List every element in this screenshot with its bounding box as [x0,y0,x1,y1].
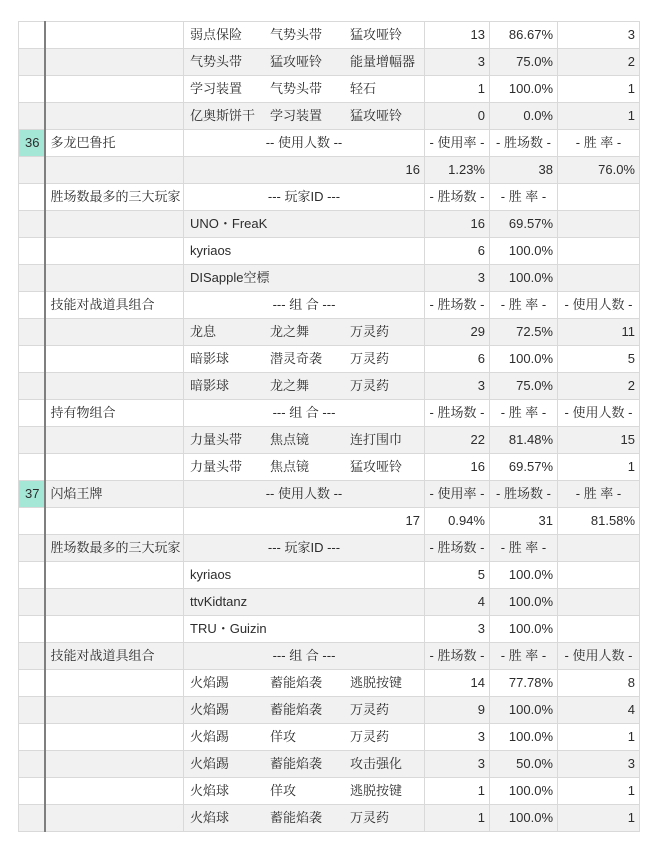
stat-value-cell[interactable]: 1 [558,103,640,130]
stat-value-cell[interactable]: 16 [425,454,490,481]
table-row: 火焰球蓄能焰袭万灵药1100.0%1 [19,805,640,832]
column-header-cell[interactable]: --- 组 合 --- [184,400,425,427]
table-row: 火焰球佯攻逃脱按键1100.0%1 [19,778,640,805]
table-row: 36多龙巴鲁托-- 使用人数 --- 使用率 -- 胜场数 -- 胜 率 - [19,130,640,157]
empty-cell[interactable] [45,346,184,373]
combo-cell[interactable]: 弱点保险气势头带猛攻哑铃 [184,22,425,49]
stat-value-cell[interactable]: 4 [558,697,640,724]
table-row: 技能对战道具组合--- 组 合 ---- 胜场数 -- 胜 率 -- 使用人数 … [19,292,640,319]
combo-item: 万灵药 [344,724,424,750]
spreadsheet-view: { "table": { "colors": { "row_highlight"… [0,0,660,854]
row-number-cell[interactable] [19,184,45,211]
stat-header-cell[interactable]: - 胜 率 - [490,535,558,562]
row-number-cell[interactable] [19,319,45,346]
stat-header-cell[interactable]: - 胜场数 - [425,400,490,427]
stat-header-cell[interactable]: - 使用人数 - [558,292,640,319]
stat-value-cell[interactable]: 1.23% [425,157,490,184]
row-number-cell[interactable] [19,211,45,238]
table-row: 火焰踢蓄能焰袭攻击强化350.0%3 [19,751,640,778]
stat-value-cell[interactable]: 100.0% [490,346,558,373]
stat-value-cell[interactable]: 6 [425,238,490,265]
combo-item: 蓄能焰袭 [264,751,344,777]
stat-value-cell[interactable]: 100.0% [490,238,558,265]
table-row: kyriaos6100.0% [19,238,640,265]
stat-value-cell[interactable]: 1 [558,778,640,805]
table-row: 力量头带焦点镜猛攻哑铃1669.57%1 [19,454,640,481]
combo-item: 轻石 [344,76,424,102]
stat-value-cell[interactable]: 5 [425,562,490,589]
stat-header-cell[interactable]: - 胜 率 - [490,184,558,211]
table-row: 胜场数最多的三大玩家--- 玩家ID ---- 胜场数 -- 胜 率 - [19,184,640,211]
stat-header-cell[interactable]: - 胜场数 - [490,130,558,157]
combo-item: 逃脱按键 [344,778,424,804]
player-id-cell[interactable]: TRU・Guizin [184,616,425,643]
combo-item: 弱点保险 [184,22,264,48]
stat-header-cell[interactable]: - 胜场数 - [425,184,490,211]
stat-value-cell[interactable]: 3 [425,49,490,76]
table-row: 技能对战道具组合--- 组 合 ---- 胜场数 -- 胜 率 -- 使用人数 … [19,643,640,670]
combo-item: 万灵药 [344,319,424,345]
table-row: DISapple空標3100.0% [19,265,640,292]
combo-item: 火焰球 [184,805,264,831]
stat-value-cell[interactable]: 75.0% [490,373,558,400]
stat-value-cell[interactable]: 100.0% [490,76,558,103]
combo-item: 蓄能焰袭 [264,670,344,696]
stat-value-cell[interactable]: 1 [558,724,640,751]
row-number-cell[interactable] [19,535,45,562]
empty-cell[interactable] [45,751,184,778]
combo-item: 龙之舞 [264,319,344,345]
combo-cell[interactable]: 火焰踢蓄能焰袭万灵药 [184,697,425,724]
row-number-cell[interactable] [19,643,45,670]
section-label-cell[interactable]: 技能对战道具组合 [45,643,184,670]
row-number-cell[interactable]: 36 [19,130,45,157]
table-row: 170.94%3181.58% [19,508,640,535]
row-number-cell[interactable] [19,103,45,130]
empty-cell[interactable] [45,319,184,346]
section-label-cell[interactable]: 胜场数最多的三大玩家 [45,184,184,211]
empty-cell[interactable] [558,211,640,238]
combo-item: 暗影球 [184,346,264,372]
row-number-cell[interactable] [19,400,45,427]
stat-value-cell[interactable]: 69.57% [490,454,558,481]
empty-cell[interactable] [45,157,184,184]
stat-value-cell[interactable]: 3 [425,616,490,643]
table-row: 力量头带焦点镜连打围巾2281.48%15 [19,427,640,454]
empty-cell[interactable] [45,805,184,832]
empty-cell[interactable] [558,616,640,643]
stat-value-cell[interactable]: 1 [558,76,640,103]
empty-cell[interactable] [558,562,640,589]
combo-item: 焦点镜 [264,454,344,480]
section-label-cell[interactable]: 闪焰王牌 [45,481,184,508]
combo-item: 万灵药 [344,346,424,372]
combo-item: 暗影球 [184,373,264,399]
combo-item: 猛攻哑铃 [344,22,424,48]
row-number-cell[interactable] [19,508,45,535]
stat-header-cell[interactable]: - 胜场数 - [425,535,490,562]
player-id-cell[interactable]: UNO・FreaK [184,211,425,238]
table-row: 持有物组合--- 组 合 ---- 胜场数 -- 胜 率 -- 使用人数 - [19,400,640,427]
stat-header-cell[interactable] [558,535,640,562]
combo-item: 力量头带 [184,454,264,480]
combo-item: 蓄能焰袭 [264,697,344,723]
row-number-cell[interactable] [19,346,45,373]
empty-cell[interactable] [45,670,184,697]
combo-item: 学习装置 [184,76,264,102]
empty-cell[interactable] [45,724,184,751]
row-number-cell[interactable] [19,292,45,319]
stat-header-cell[interactable]: - 胜 率 - [558,481,640,508]
combo-item: 猛攻哑铃 [344,103,424,129]
table-row: kyriaos5100.0% [19,562,640,589]
stat-value-cell[interactable]: 77.78% [490,670,558,697]
empty-cell[interactable] [45,508,184,535]
combo-item: 火焰踢 [184,670,264,696]
stat-value-cell[interactable]: 0.94% [425,508,490,535]
stat-value-cell[interactable]: 13 [425,22,490,49]
column-header-cell[interactable]: --- 组 合 --- [184,643,425,670]
stat-value-cell[interactable]: 86.67% [490,22,558,49]
combo-cell[interactable]: 力量头带焦点镜猛攻哑铃 [184,454,425,481]
stat-value-cell[interactable]: 100.0% [490,265,558,292]
table-row: 火焰踢蓄能焰袭逃脱按键1477.78%8 [19,670,640,697]
combo-cell[interactable]: 暗影球潜灵奇袭万灵药 [184,346,425,373]
stat-value-cell[interactable]: 0.0% [490,103,558,130]
row-number-cell[interactable] [19,670,45,697]
stat-value-cell[interactable]: 100.0% [490,805,558,832]
section-label-cell[interactable]: 多龙巴鲁托 [45,130,184,157]
row-number-cell[interactable] [19,697,45,724]
usage-count-cell[interactable]: 16 [184,157,425,184]
empty-cell[interactable] [45,49,184,76]
empty-cell[interactable] [45,211,184,238]
combo-item: 逃脱按键 [344,670,424,696]
combo-item: 佯攻 [264,724,344,750]
combo-item: 焦点镜 [264,427,344,453]
stat-header-cell[interactable]: - 胜 率 - [490,292,558,319]
stat-header-cell[interactable]: - 胜 率 - [490,643,558,670]
empty-cell[interactable] [45,103,184,130]
combo-item: 气势头带 [184,49,264,75]
stats-table: 弱点保险气势头带猛攻哑铃1386.67%3气势头带猛攻哑铃能量增幅器375.0%… [18,21,640,832]
row-number-cell[interactable] [19,724,45,751]
table-row: UNO・FreaK1669.57% [19,211,640,238]
table-row: 火焰踢蓄能焰袭万灵药9100.0%4 [19,697,640,724]
empty-cell[interactable] [45,373,184,400]
stat-value-cell[interactable]: 5 [558,346,640,373]
combo-item: 万灵药 [344,805,424,831]
stat-value-cell[interactable]: 2 [558,49,640,76]
combo-item: 气势头带 [264,76,344,102]
section-label-cell[interactable]: 持有物组合 [45,400,184,427]
combo-cell[interactable]: 火焰踢佯攻万灵药 [184,724,425,751]
combo-cell[interactable]: 龙息龙之舞万灵药 [184,319,425,346]
player-id-cell[interactable]: kyriaos [184,238,425,265]
empty-cell[interactable] [558,589,640,616]
section-label-cell[interactable]: 胜场数最多的三大玩家 [45,535,184,562]
stat-value-cell[interactable]: 2 [558,373,640,400]
table-row: 161.23%3876.0% [19,157,640,184]
row-number-cell[interactable] [19,454,45,481]
empty-cell[interactable] [45,76,184,103]
stats-spreadsheet: 弱点保险气势头带猛攻哑铃1386.67%3气势头带猛攻哑铃能量增幅器375.0%… [18,21,640,832]
stat-value-cell[interactable]: 72.5% [490,319,558,346]
stat-value-cell[interactable]: 76.0% [558,157,640,184]
stat-value-cell[interactable]: 1 [425,805,490,832]
row-number-cell[interactable] [19,76,45,103]
stat-header-cell[interactable]: - 胜场数 - [490,481,558,508]
stat-value-cell[interactable]: 15 [558,427,640,454]
combo-cell[interactable]: 暗影球龙之舞万灵药 [184,373,425,400]
row-number-cell[interactable] [19,157,45,184]
stat-header-cell[interactable]: - 使用人数 - [558,400,640,427]
stat-value-cell[interactable]: 81.48% [490,427,558,454]
stat-value-cell[interactable]: 11 [558,319,640,346]
combo-cell[interactable]: 亿奥斯饼干学习装置猛攻哑铃 [184,103,425,130]
table-row: TRU・Guizin3100.0% [19,616,640,643]
table-row: 37闪焰王牌-- 使用人数 --- 使用率 -- 胜场数 -- 胜 率 - [19,481,640,508]
row-number-cell[interactable] [19,238,45,265]
combo-item: 火焰踢 [184,751,264,777]
column-header-cell[interactable]: -- 使用人数 -- [184,130,425,157]
stat-header-cell[interactable]: - 使用人数 - [558,643,640,670]
stat-header-cell[interactable] [558,184,640,211]
empty-cell[interactable] [45,562,184,589]
stat-value-cell[interactable]: 3 [425,724,490,751]
stat-value-cell[interactable]: 1 [425,778,490,805]
table-row: 气势头带猛攻哑铃能量增幅器375.0%2 [19,49,640,76]
stat-value-cell[interactable]: 3 [558,22,640,49]
stat-value-cell[interactable]: 100.0% [490,778,558,805]
stat-value-cell[interactable]: 22 [425,427,490,454]
stat-header-cell[interactable]: - 胜 率 - [490,400,558,427]
stat-header-cell[interactable]: - 使用率 - [425,481,490,508]
column-header-cell[interactable]: -- 使用人数 -- [184,481,425,508]
row-number-cell[interactable] [19,751,45,778]
combo-item: 学习装置 [264,103,344,129]
stat-value-cell[interactable]: 81.58% [558,508,640,535]
combo-item: 火焰踢 [184,724,264,750]
stat-value-cell[interactable]: 0 [425,103,490,130]
table-row: 暗影球龙之舞万灵药375.0%2 [19,373,640,400]
empty-cell[interactable] [558,238,640,265]
stat-value-cell[interactable]: 100.0% [490,697,558,724]
stat-value-cell[interactable]: 29 [425,319,490,346]
combo-item: 火焰踢 [184,697,264,723]
stat-value-cell[interactable]: 4 [425,589,490,616]
table-row: 胜场数最多的三大玩家--- 玩家ID ---- 胜场数 -- 胜 率 - [19,535,640,562]
stat-value-cell[interactable]: 75.0% [490,49,558,76]
stat-value-cell[interactable]: 9 [425,697,490,724]
empty-cell[interactable] [45,454,184,481]
combo-item: 万灵药 [344,697,424,723]
row-number-cell[interactable] [19,265,45,292]
table-row: 火焰踢佯攻万灵药3100.0%1 [19,724,640,751]
stat-value-cell[interactable]: 50.0% [490,751,558,778]
column-header-cell[interactable]: --- 玩家ID --- [184,535,425,562]
empty-cell[interactable] [45,697,184,724]
section-label-cell[interactable]: 技能对战道具组合 [45,292,184,319]
player-id-cell[interactable]: DISapple空標 [184,265,425,292]
stat-value-cell[interactable]: 69.57% [490,211,558,238]
player-id-cell[interactable]: ttvKidtanz [184,589,425,616]
stat-value-cell[interactable]: 14 [425,670,490,697]
player-id-cell[interactable]: kyriaos [184,562,425,589]
combo-item: 连打围巾 [344,427,424,453]
stat-value-cell[interactable]: 100.0% [490,616,558,643]
row-number-cell[interactable] [19,562,45,589]
empty-cell[interactable] [45,778,184,805]
combo-cell[interactable]: 火焰踢蓄能焰袭攻击强化 [184,751,425,778]
empty-cell[interactable] [45,616,184,643]
stat-value-cell[interactable]: 100.0% [490,562,558,589]
combo-item: 万灵药 [344,373,424,399]
stat-header-cell[interactable]: - 胜 率 - [558,130,640,157]
table-row: ttvKidtanz4100.0% [19,589,640,616]
combo-item: 亿奥斯饼干 [184,103,264,129]
row-number-cell[interactable] [19,589,45,616]
combo-item: 能量增幅器 [344,49,424,75]
combo-item: 力量头带 [184,427,264,453]
combo-cell[interactable]: 学习装置气势头带轻石 [184,76,425,103]
table-row: 暗影球潜灵奇袭万灵药6100.0%5 [19,346,640,373]
usage-count-cell[interactable]: 17 [184,508,425,535]
stat-value-cell[interactable]: 16 [425,211,490,238]
table-row: 龙息龙之舞万灵药2972.5%11 [19,319,640,346]
combo-cell[interactable]: 火焰踢蓄能焰袭逃脱按键 [184,670,425,697]
column-header-cell[interactable]: --- 玩家ID --- [184,184,425,211]
table-row: 学习装置气势头带轻石1100.0%1 [19,76,640,103]
empty-cell[interactable] [45,22,184,49]
combo-cell[interactable]: 气势头带猛攻哑铃能量增幅器 [184,49,425,76]
combo-item: 蓄能焰袭 [264,805,344,831]
combo-item: 攻击强化 [344,751,424,777]
stat-header-cell[interactable]: - 使用率 - [425,130,490,157]
stat-value-cell[interactable]: 6 [425,346,490,373]
stat-value-cell[interactable]: 100.0% [490,589,558,616]
row-number-cell[interactable] [19,49,45,76]
empty-cell[interactable] [45,427,184,454]
stat-value-cell[interactable]: 8 [558,670,640,697]
stat-value-cell[interactable]: 1 [558,805,640,832]
combo-item: 气势头带 [264,22,344,48]
row-number-cell[interactable] [19,805,45,832]
row-number-cell[interactable] [19,616,45,643]
combo-item: 潜灵奇袭 [264,346,344,372]
combo-item: 龙之舞 [264,373,344,399]
stat-value-cell[interactable]: 100.0% [490,724,558,751]
stat-value-cell[interactable]: 31 [490,508,558,535]
column-header-cell[interactable]: --- 组 合 --- [184,292,425,319]
combo-item: 佯攻 [264,778,344,804]
row-number-cell[interactable]: 37 [19,481,45,508]
stat-header-cell[interactable]: - 胜场数 - [425,643,490,670]
combo-item: 猛攻哑铃 [264,49,344,75]
combo-cell[interactable]: 火焰球蓄能焰袭万灵药 [184,805,425,832]
combo-item: 龙息 [184,319,264,345]
stat-value-cell[interactable]: 3 [558,751,640,778]
empty-cell[interactable] [45,238,184,265]
row-number-cell[interactable] [19,427,45,454]
table-row: 亿奥斯饼干学习装置猛攻哑铃00.0%1 [19,103,640,130]
stat-value-cell[interactable]: 1 [558,454,640,481]
stat-header-cell[interactable]: - 胜场数 - [425,292,490,319]
combo-item: 猛攻哑铃 [344,454,424,480]
stat-value-cell[interactable]: 3 [425,373,490,400]
combo-cell[interactable]: 火焰球佯攻逃脱按键 [184,778,425,805]
table-row: 弱点保险气势头带猛攻哑铃1386.67%3 [19,22,640,49]
stat-value-cell[interactable]: 3 [425,265,490,292]
stat-value-cell[interactable]: 3 [425,751,490,778]
row-number-cell[interactable] [19,22,45,49]
row-number-cell[interactable] [19,778,45,805]
row-number-cell[interactable] [19,373,45,400]
empty-cell[interactable] [558,265,640,292]
empty-cell[interactable] [45,265,184,292]
empty-cell[interactable] [45,589,184,616]
stat-value-cell[interactable]: 1 [425,76,490,103]
combo-cell[interactable]: 力量头带焦点镜连打围巾 [184,427,425,454]
combo-item: 火焰球 [184,778,264,804]
stat-value-cell[interactable]: 38 [490,157,558,184]
